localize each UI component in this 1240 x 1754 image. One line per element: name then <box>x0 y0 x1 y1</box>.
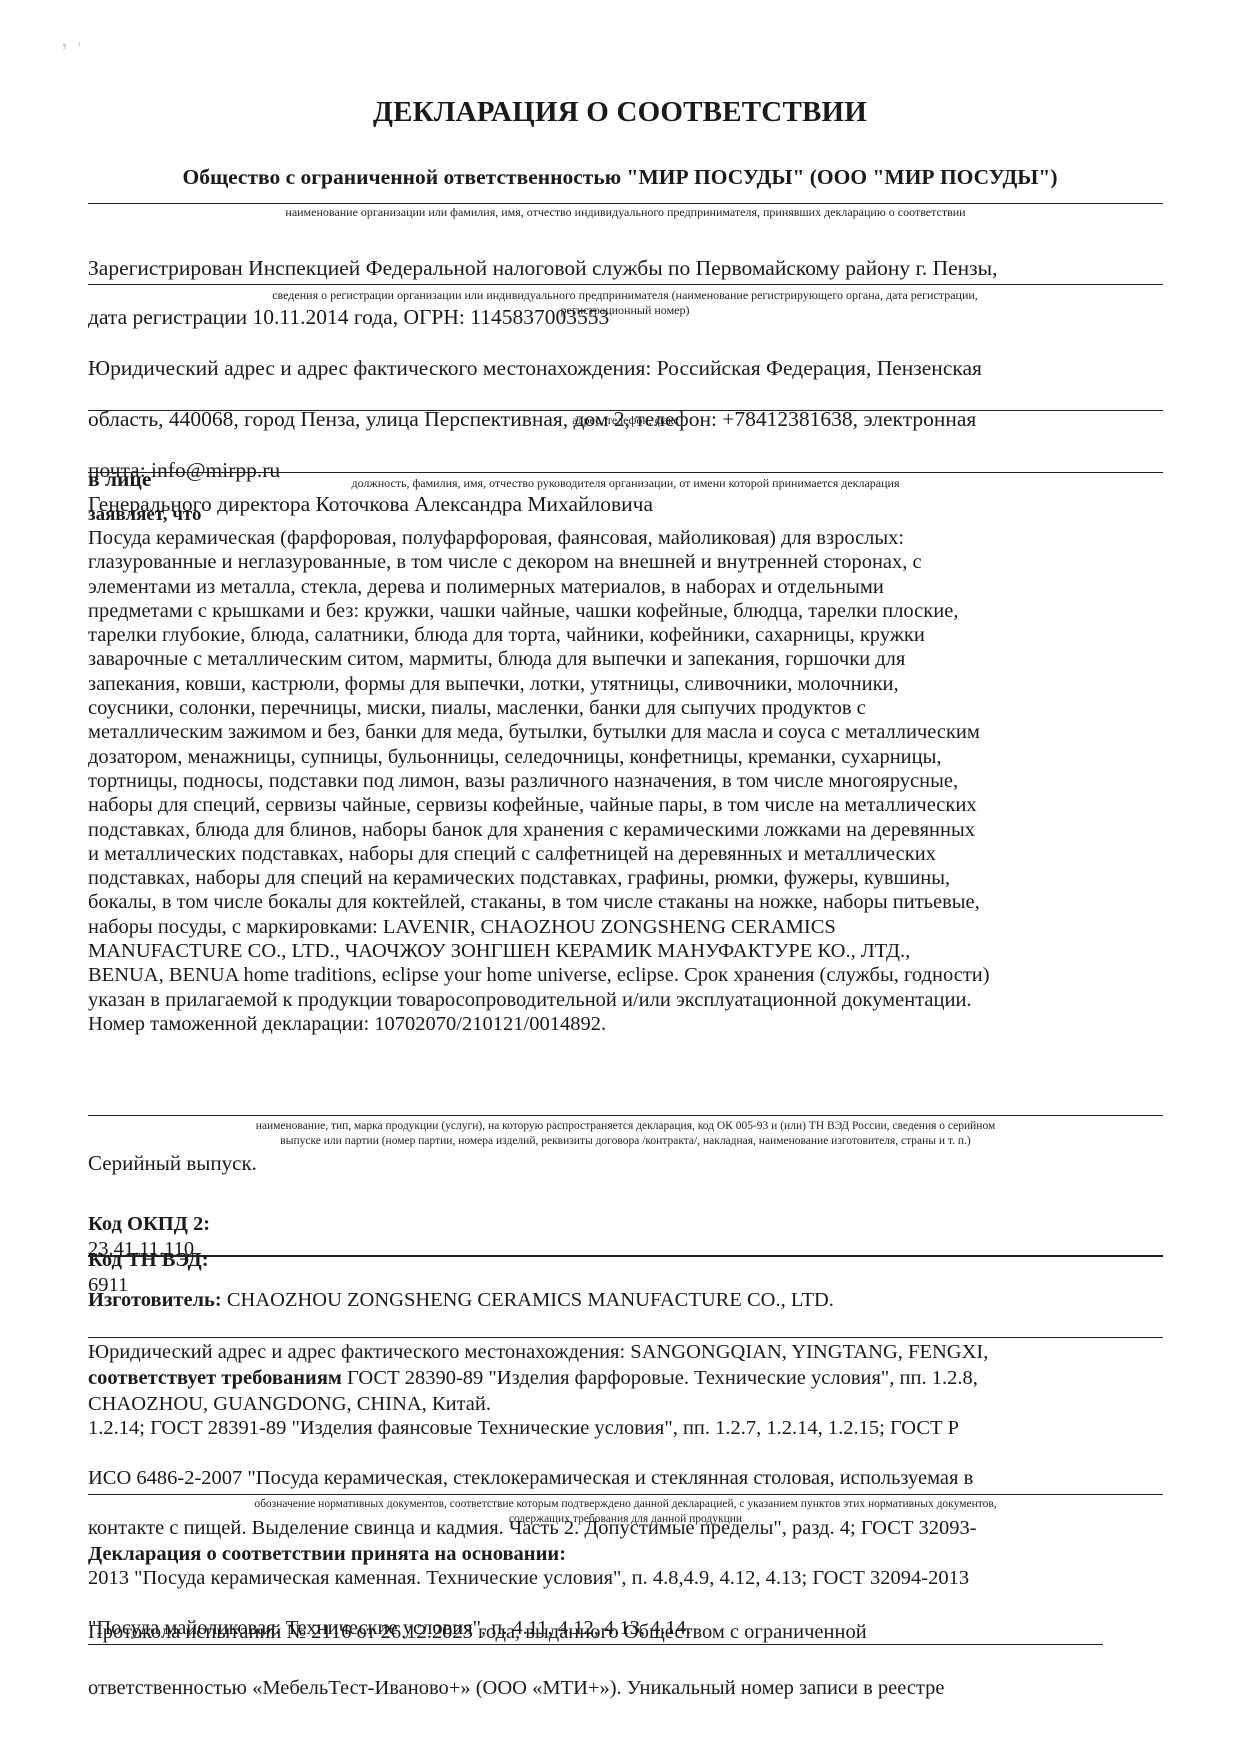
product-line: указан в прилагаемой к продукции товарос… <box>88 988 990 1012</box>
product-line: BENUA, BENUA home traditions, eclipse yo… <box>88 963 990 987</box>
applicant-name: Общество с ограниченной ответственностью… <box>90 165 1150 190</box>
product-line: наборы для специй, сервизы чайные, серви… <box>88 793 990 817</box>
compliance-caption: обозначение нормативных документов, соот… <box>88 1497 1163 1527</box>
declaration-page: ʼ ˈ ДЕКЛАРАЦИЯ О СООТВЕТСТВИИ Общество с… <box>0 0 1240 1754</box>
product-line: подставках, наборы для специй на керамич… <box>88 866 990 890</box>
manufacturer-name: CHAOZHOU ZONGSHENG CERAMICS MANUFACTURE … <box>227 1289 834 1311</box>
divider <box>88 1494 1163 1495</box>
divider <box>88 1115 1163 1116</box>
divider <box>88 284 1163 285</box>
product-line: и металлических подставках, наборы для с… <box>88 842 990 866</box>
release-type: Серийный выпуск. <box>88 1151 257 1175</box>
document-title: ДЕКЛАРАЦИЯ О СООТВЕТСТВИИ <box>0 96 1240 129</box>
divider <box>88 1644 1103 1645</box>
product-description: Посуда керамическая (фарфоровая, полуфар… <box>88 526 990 1036</box>
basis-heading: Декларация о соответствии принята на осн… <box>88 1542 566 1566</box>
product-line: глазурованные и неглазурованные, в том ч… <box>88 550 990 574</box>
compliance-line: 2013 "Посуда керамическая каменная. Техн… <box>88 1566 978 1591</box>
product-line: заварочные с металлическим ситом, мармит… <box>88 647 990 671</box>
declares-label: заявляет, что <box>88 503 202 527</box>
address-caption: адрес, телефон, факс <box>88 413 1163 428</box>
compliance-line: ИСО 6486-2-2007 "Посуда керамическая, ст… <box>88 1466 978 1491</box>
product-line: бокалы, в том числе бокалы для коктейлей… <box>88 890 990 914</box>
compliance-label: соответствует требованиям <box>88 1367 342 1389</box>
product-line: дозатором, менажницы, супницы, бульонниц… <box>88 745 990 769</box>
product-line: Номер таможенной декларации: 10702070/21… <box>88 1012 990 1036</box>
divider <box>88 410 1163 411</box>
basis-line: Протокола испытаний № 2116 от 26.12.2023… <box>88 1618 945 1646</box>
divider <box>88 1255 1163 1257</box>
product-line: тарелки глубокие, блюда, салатники, блюд… <box>88 623 990 647</box>
product-line: металлическим зажимом и без, банки для м… <box>88 720 990 744</box>
product-line: запекания, ковши, кастрюли, формы для вы… <box>88 672 990 696</box>
product-line: Посуда керамическая (фарфоровая, полуфар… <box>88 526 990 550</box>
scan-artifact-mark: ʼ ˈ <box>60 36 90 70</box>
applicant-caption: наименование организации или фамилия, им… <box>88 205 1163 220</box>
representative-caption: должность, фамилия, имя, отчество руково… <box>88 476 1163 491</box>
manufacturer-label: Изготовитель: <box>88 1289 222 1311</box>
product-line: тортницы, подносы, подставки под лимон, … <box>88 769 990 793</box>
basis-block: Протокола испытаний № 2116 от 26.12.2023… <box>88 1590 945 1730</box>
divider <box>88 472 1163 473</box>
divider <box>88 1337 1163 1338</box>
divider <box>88 203 1163 204</box>
address-line: Юридический адрес и адрес фактического м… <box>88 356 982 382</box>
registration-caption: сведения о регистрации организации или и… <box>120 288 1130 318</box>
product-line: элементами из металла, стекла, дерева и … <box>88 575 990 599</box>
product-line: MANUFACTURE CO., LTD., ЧАОЧЖОУ ЗОНГШЕН К… <box>88 939 990 963</box>
registration-line: Зарегистрирован Инспекцией Федеральной н… <box>88 256 998 280</box>
product-line: предметами с крышками и без: кружки, чаш… <box>88 599 990 623</box>
product-caption: наименование, тип, марка продукции (услу… <box>88 1119 1163 1149</box>
product-line: соусники, солонки, перечницы, миски, пиа… <box>88 696 990 720</box>
product-line: подставках, блюда для блинов, наборы бан… <box>88 818 990 842</box>
basis-line: ответственностью «МебельТест-Иваново+» (… <box>88 1674 945 1702</box>
product-line: наборы посуды, с маркировками: LAVENIR, … <box>88 915 990 939</box>
compliance-line: 1.2.14; ГОСТ 28391-89 "Изделия фаянсовые… <box>88 1416 978 1441</box>
